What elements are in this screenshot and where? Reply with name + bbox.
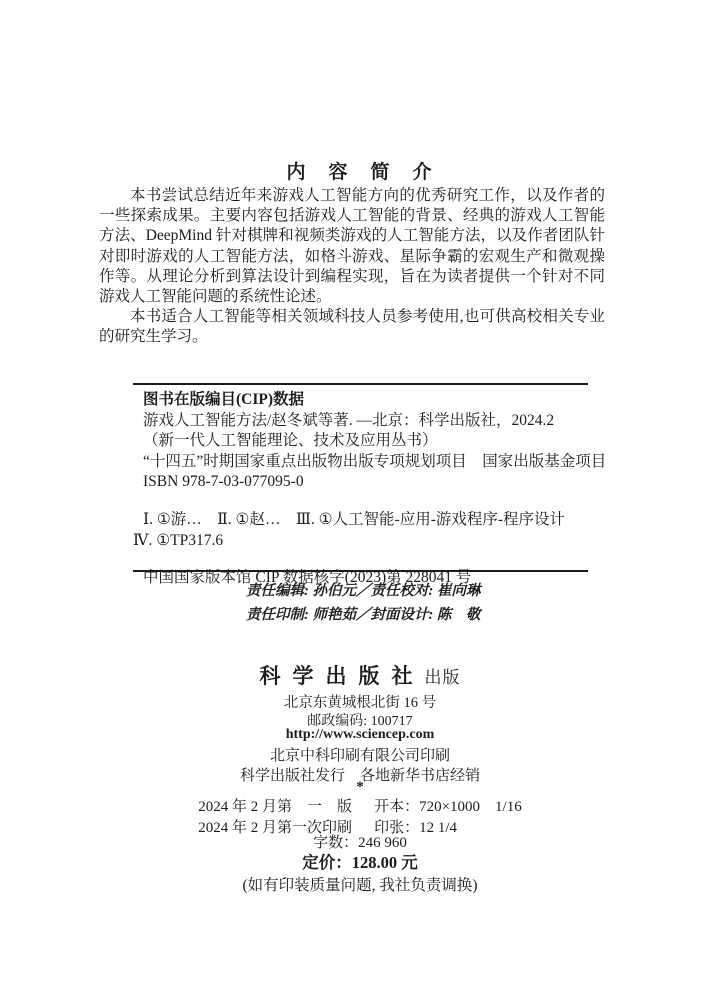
- printer-line: 北京中科印刷有限公司印刷: [0, 744, 720, 765]
- publisher-url: http://www.sciencep.com: [0, 727, 720, 743]
- publisher-name-line: 科学出版社出版: [0, 660, 720, 690]
- edition-date: 2024 年 2 月第 一 版: [198, 797, 352, 817]
- staff-credits: 责任编辑: 孙伯元／责任校对: 崔向琳 责任印制: 师艳茹／封面设计: 陈 敬: [246, 579, 480, 627]
- publisher-name: 科学出版社: [260, 664, 425, 688]
- printing-cover-design-line: 责任印制: 师艳茹／封面设计: 陈 敬: [246, 603, 480, 627]
- cip-bibliographic-line: 游戏人工智能方法/赵冬斌等著. —北京：科学出版社，2024.2: [143, 411, 613, 432]
- content-summary-title: 内 容 简 介: [0, 157, 720, 184]
- cip-block: 图书在版编目(CIP)数据 游戏人工智能方法/赵冬斌等著. —北京：科学出版社，…: [143, 390, 613, 589]
- summary-paragraph: 本书适合人工智能等相关领域科技人员参考使用,也可供高校相关专业的研究生学习。: [99, 307, 605, 347]
- cip-series-line: （新一代人工智能理论、技术及应用丛书）: [143, 431, 613, 452]
- content-summary-body: 本书尝试总结近年来游戏人工智能方向的优秀研究工作，以及作者的一些探索成果。主要内…: [99, 186, 605, 348]
- format-spec: 开本：720×1000 1/16: [374, 797, 522, 817]
- publisher-address: 北京东黄城根北街 16 号: [0, 691, 720, 712]
- cip-project-line: “十四五”时期国家重点出版物出版专项规划项目 国家出版基金项目: [143, 452, 613, 473]
- cip-classification-line2: Ⅳ. ①TP317.6: [133, 531, 613, 552]
- publisher-suffix: 出版: [425, 668, 461, 687]
- cip-top-rule: [133, 383, 588, 385]
- editor-proofreader-line: 责任编辑: 孙伯元／责任校对: 崔向琳: [246, 579, 480, 603]
- summary-paragraph: 本书尝试总结近年来游戏人工智能方向的优秀研究工作，以及作者的一些探索成果。主要内…: [99, 186, 605, 307]
- cip-classification-line1: Ⅰ. ①游… Ⅱ. ①赵… Ⅲ. ①人工智能-应用-游戏程序-程序设计: [143, 510, 613, 531]
- quality-note-line: (如有印装质量问题, 我社负责调换): [0, 873, 720, 895]
- price-line: 定价：128.00 元: [0, 849, 720, 873]
- isbn-line: ISBN 978-7-03-077095-0: [143, 472, 613, 493]
- asterisk-separator: *: [0, 779, 720, 796]
- cip-header: 图书在版编目(CIP)数据: [143, 390, 613, 411]
- cip-bottom-rule: [133, 570, 588, 572]
- copyright-page: 内 容 简 介 本书尝试总结近年来游戏人工智能方向的优秀研究工作，以及作者的一些…: [0, 0, 720, 1000]
